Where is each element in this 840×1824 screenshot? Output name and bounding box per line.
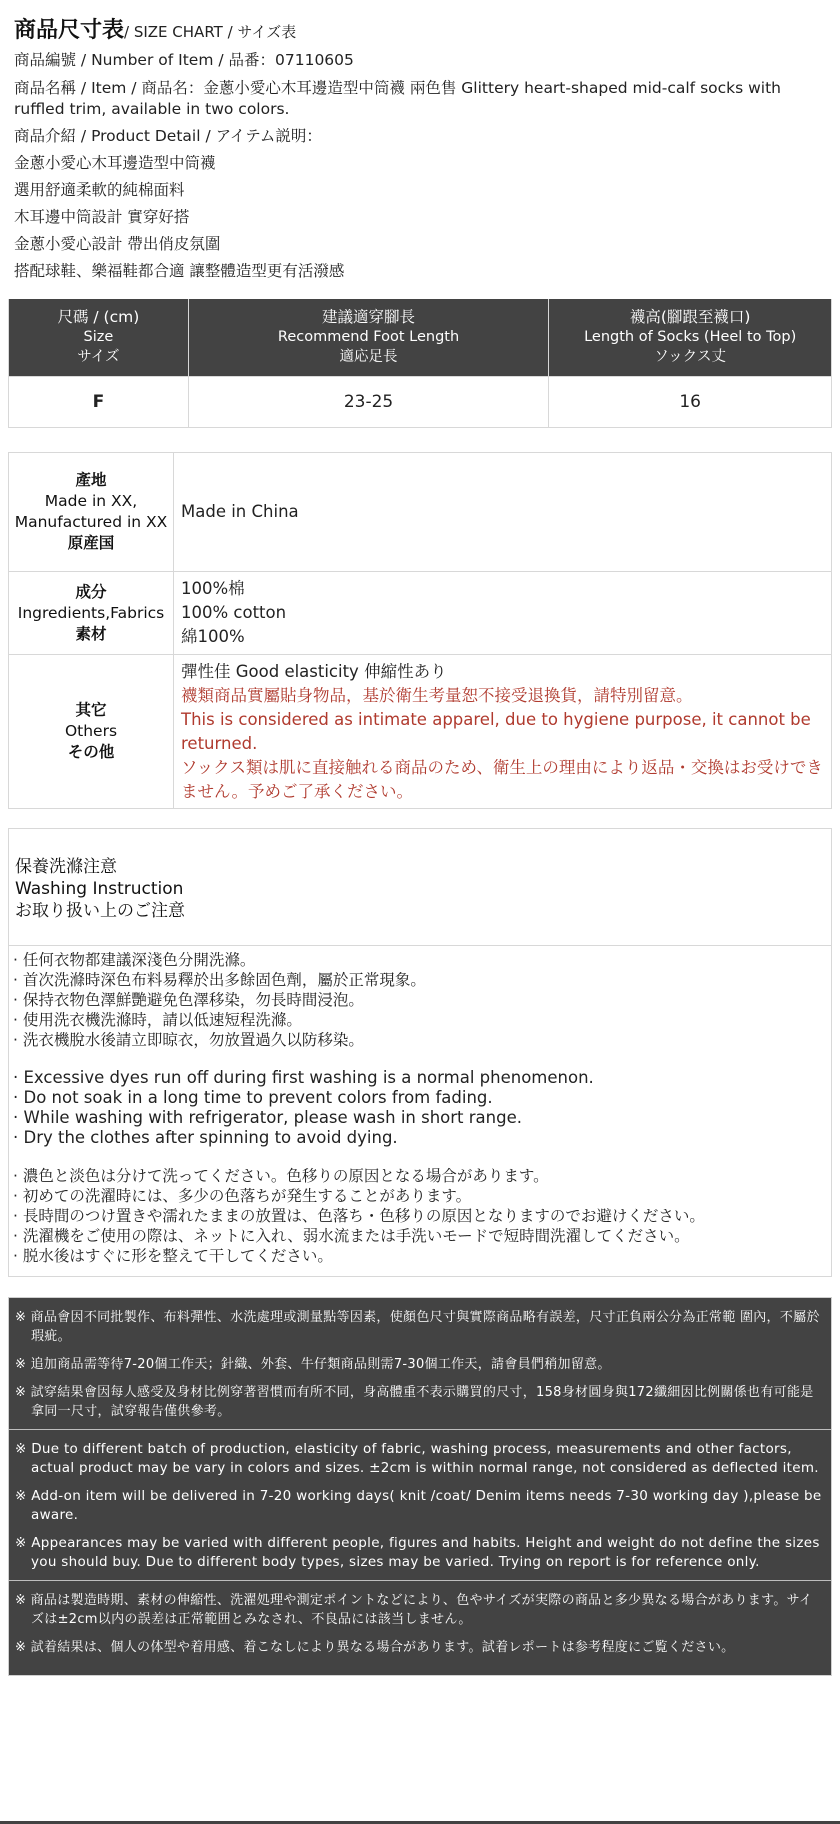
others-value: 彈性佳 Good elasticity 伸縮性あり 襪類商品實屬貼身物品，基於衛… [174, 655, 832, 809]
title-main: 商品尺寸表 [14, 18, 124, 43]
size-table-header: 尺碼 / (cm) Size サイズ 建議適穿腳長 Recommend Foot… [9, 299, 832, 376]
washing-body: · 任何衣物都建議深淺色分開洗滌。 · 首次洗滌時深色布料易釋於出多餘固色劑，屬… [9, 946, 831, 1276]
info-table: 產地 Made in XX, Manufactured in XX 原産国 Ma… [8, 452, 832, 809]
list-item: · 使用洗衣機洗滌時，請以低速短程洗滌。 [13, 1010, 831, 1030]
header-sock-length: 襪高(腳跟至襪口) Length of Socks (Heel to Top) … [549, 299, 832, 376]
elasticity-note: 彈性佳 Good elasticity 伸縮性あり [181, 660, 831, 684]
detail-line: 木耳邊中筒設計 實穿好搭 [14, 204, 826, 231]
detail-label: 商品介紹 / Product Detail / アイテム説明： [14, 123, 826, 150]
list-item: · 首次洗滌時深色布料易釋於出多餘固色劑，屬於正常現象。 [13, 970, 831, 990]
cell-foot-length: 23-25 [188, 376, 549, 427]
detail-line: 金蔥小愛心設計 帶出俏皮氛圍 [14, 231, 826, 258]
notice-item: ※ 試穿結果會因每人感受及身材比例穿著習慣而有所不同，身高體重不表示購買的尺寸，… [15, 1383, 823, 1421]
notice-item: ※ Due to different batch of production, … [15, 1440, 823, 1478]
list-item: · Dry the clothes after spinning to avoi… [13, 1128, 831, 1148]
info-row-others: 其它 Others その他 彈性佳 Good elasticity 伸縮性あり … [9, 655, 832, 809]
detail-line: 金蔥小愛心木耳邊造型中筒襪 [14, 150, 826, 177]
detail-line: 搭配球鞋、樂福鞋都合適 讓整體造型更有活潑感 [14, 258, 826, 285]
info-row-origin: 產地 Made in XX, Manufactured in XX 原産国 Ma… [9, 453, 832, 572]
list-item: · 任何衣物都建議深淺色分開洗滌。 [13, 950, 831, 970]
list-item: · 保持衣物色澤鮮艷避免色澤移染，勿長時間浸泡。 [13, 990, 831, 1010]
hygiene-warning-en: This is considered as intimate apparel, … [181, 708, 831, 756]
list-item: · Excessive dyes run off during first wa… [13, 1068, 831, 1088]
notice-en: ※ Due to different batch of production, … [9, 1430, 831, 1581]
list-item: · 初めての洗濯時には、多少の色落ちが発生することがあります。 [13, 1186, 831, 1206]
table-row: F 23-25 16 [9, 376, 832, 427]
list-item: · 濃色と淡色は分けて洗ってください。色移りの原因となる場合があります。 [13, 1166, 831, 1186]
product-intro: 商品尺寸表/ SIZE CHART / サイズ表 商品編號 / Number o… [14, 16, 826, 285]
fabric-value: 100%棉 100% cotton 綿100% [174, 572, 832, 655]
header-size: 尺碼 / (cm) Size サイズ [9, 299, 189, 376]
origin-label: 產地 Made in XX, Manufactured in XX 原産国 [9, 453, 174, 572]
hygiene-warning-ja: ソックス類は肌に直接触れる商品のため、衛生上の理由により返品・交換はお受けできま… [181, 756, 831, 804]
title-rest: / SIZE CHART / サイズ表 [124, 23, 296, 41]
others-label: 其它 Others その他 [9, 655, 174, 809]
notice-item: ※ 試着結果は、個人の体型や着用感、着こなしにより異なる場合があります。試着レポ… [15, 1638, 823, 1657]
header-foot-length: 建議適穿腳長 Recommend Foot Length 適応足長 [188, 299, 549, 376]
list-item: · 洗濯機をご使用の際は、ネットに入れ、弱水流または手洗いモードで短時間洗濯して… [13, 1226, 831, 1246]
washing-instructions: 保養洗滌注意 Washing Instruction お取り扱い上のご注意 · … [8, 828, 832, 1277]
list-item: · 洗衣機脫水後請立即晾衣，勿放置過久以防移染。 [13, 1030, 831, 1050]
notice-item: ※ Appearances may be varied with differe… [15, 1534, 823, 1572]
size-table: 尺碼 / (cm) Size サイズ 建議適穿腳長 Recommend Foot… [8, 299, 832, 428]
cell-size: F [9, 376, 189, 427]
item-name: 商品名稱 / Item / 商品名：金蔥小愛心木耳邊造型中筒襪 兩色售 Glit… [14, 74, 826, 123]
washing-ja: · 濃色と淡色は分けて洗ってください。色移りの原因となる場合があります。 · 初… [13, 1166, 831, 1266]
washing-en: · Excessive dyes run off during first wa… [13, 1068, 831, 1148]
notice-box: ※ 商品會因不同批製作、布料彈性、水洗處理或測量點等因素，使顏色尺寸與實際商品略… [8, 1297, 832, 1676]
notice-zh: ※ 商品會因不同批製作、布料彈性、水洗處理或測量點等因素，使顏色尺寸與實際商品略… [9, 1298, 831, 1430]
fabric-label: 成分 Ingredients,Fabrics 素材 [9, 572, 174, 655]
origin-value: Made in China [174, 453, 832, 572]
notice-item: ※ 商品會因不同批製作、布料彈性、水洗處理或測量點等因素，使顏色尺寸與實際商品略… [15, 1308, 823, 1346]
notice-ja: ※ 商品は製造時期、素材の伸縮性、洗濯処理や測定ポイントなどにより、色やサイズが… [9, 1581, 831, 1675]
notice-item: ※ 追加商品需等待7-20個工作天；針織、外套、牛仔類商品則需7-30個工作天，… [15, 1355, 823, 1374]
list-item: · While washing with refrigerator, pleas… [13, 1108, 831, 1128]
list-item: · 長時間のつけ置きや濡れたままの放置は、色落ち・色移りの原因となりますのでお避… [13, 1206, 831, 1226]
washing-zh: · 任何衣物都建議深淺色分開洗滌。 · 首次洗滌時深色布料易釋於出多餘固色劑，屬… [13, 950, 831, 1050]
list-item: · 脱水後はすぐに形を整えて干してください。 [13, 1246, 831, 1266]
list-item: · Do not soak in a long time to prevent … [13, 1088, 831, 1108]
info-row-fabric: 成分 Ingredients,Fabrics 素材 100%棉 100% cot… [9, 572, 832, 655]
washing-title: 保養洗滌注意 Washing Instruction お取り扱い上のご注意 [9, 829, 831, 946]
hygiene-warning-zh: 襪類商品實屬貼身物品，基於衛生考量恕不接受退換貨，請特別留意。 [181, 684, 831, 708]
notice-item: ※ 商品は製造時期、素材の伸縮性、洗濯処理や測定ポイントなどにより、色やサイズが… [15, 1591, 823, 1629]
detail-line: 選用舒適柔軟的純棉面料 [14, 177, 826, 204]
item-number: 商品編號 / Number of Item / 品番：07110605 [14, 47, 826, 74]
page-title: 商品尺寸表/ SIZE CHART / サイズ表 [14, 16, 826, 47]
cell-sock-length: 16 [549, 376, 832, 427]
notice-item: ※ Add-on item will be delivered in 7-20 … [15, 1487, 823, 1525]
